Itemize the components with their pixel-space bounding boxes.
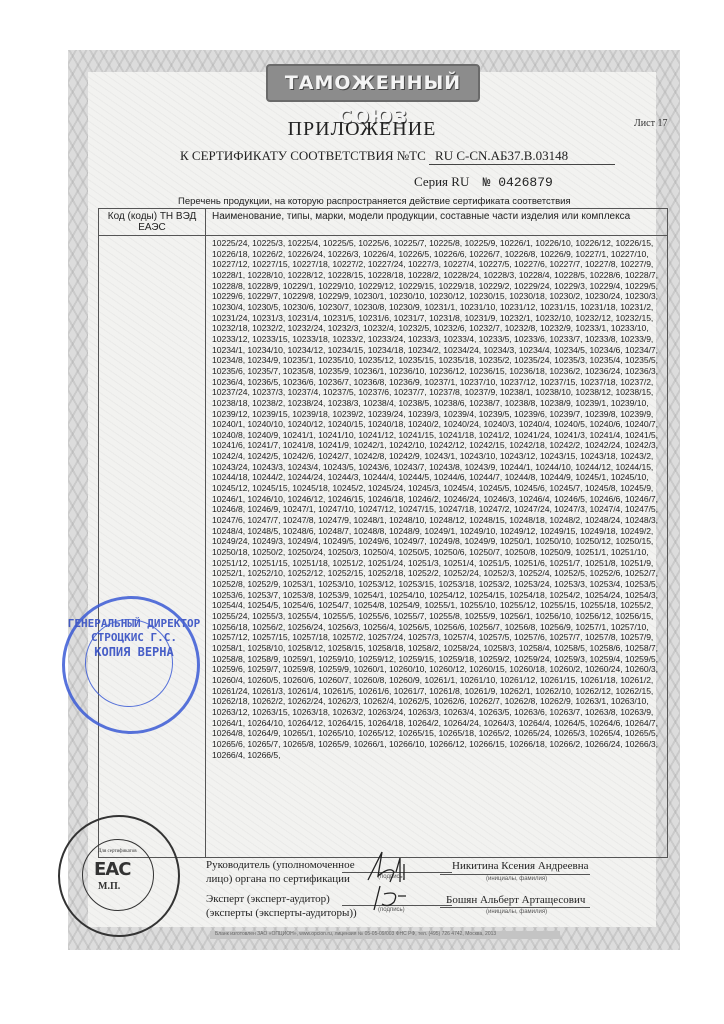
expert-label-line-2: (эксперты (эксперты-аудиторы)) [206, 906, 357, 920]
series-label: Серия RU [414, 174, 469, 189]
head-label-line-1: Руководитель (уполномоченное [206, 858, 355, 872]
table-row: 10225/24, 10225/3, 10225/4, 10225/5, 102… [99, 236, 668, 858]
certificate-number: RU C-CN.АБ37.В.03148 [429, 148, 615, 165]
head-label-line-2: лицо) органа по сертификации [206, 872, 355, 886]
stamp-director-line: ГЕНЕРАЛЬНЫЙ ДИРЕКТОР [59, 617, 209, 630]
printer-footer: Бланк изготовлен ЗАО «ОПЦИОН», www.opcio… [215, 931, 496, 937]
series-number: № 0426879 [483, 175, 553, 190]
company-stamp: ГЕНЕРАЛЬНЫЙ ДИРЕКТОР СТРОЦКИС Г.С. КОПИЯ… [62, 596, 200, 734]
certificate-label: К СЕРТИФИКАТУ СООТВЕТСТВИЯ №ТС [180, 148, 426, 163]
stamp-copy-line: КОПИЯ ВЕРНА [59, 645, 209, 659]
eac-mark: ЕАС [94, 859, 130, 880]
head-name-line [440, 874, 590, 875]
sheet-number: Лист 17 [634, 118, 667, 129]
handwritten-signatures [360, 846, 420, 916]
customs-union-banner: ТАМОЖЕННЫЙ СОЮЗ [266, 64, 480, 102]
certificate-line: К СЕРТИФИКАТУ СООТВЕТСТВИЯ №ТС RU C-CN.А… [180, 148, 615, 165]
expert-label: Эксперт (эксперт-аудитор) (эксперты (экс… [206, 892, 357, 920]
head-label: Руководитель (уполномоченное лицо) орган… [206, 858, 355, 886]
header-code: Код (коды) ТН ВЭД ЕАЭС [99, 209, 206, 236]
stamp-small-text: Для сертификатов [98, 849, 137, 854]
expert-name-caption: (инициалы, фамилия) [486, 909, 547, 915]
seal-place-label: М.П. [98, 881, 120, 892]
expert-label-line-1: Эксперт (эксперт-аудитор) [206, 892, 357, 906]
expert-name: Бошян Альберт Артащесович [446, 894, 585, 906]
stamp-name-line: СТРОЦКИС Г.С. [59, 631, 209, 644]
expert-name-line [440, 907, 590, 908]
head-name-caption: (инициалы, фамилия) [486, 876, 547, 882]
table-header-row: Код (коды) ТН ВЭД ЕАЭС Наименование, тип… [99, 209, 668, 236]
head-name: Никитина Ксения Андреевна [452, 860, 588, 872]
certification-body-stamp: Для сертификатов ЕАС М.П. [58, 815, 180, 937]
product-list-caption: Перечень продукции, на которую распростр… [178, 196, 571, 207]
code-cell [99, 236, 206, 858]
product-table: Код (коды) ТН ВЭД ЕАЭС Наименование, тип… [98, 208, 668, 858]
product-models-cell: 10225/24, 10225/3, 10225/4, 10225/5, 102… [206, 236, 668, 858]
header-name: Наименование, типы, марки, модели продук… [206, 209, 668, 236]
series-line: Серия RU № 0426879 [414, 174, 553, 190]
document-title: ПРИЛОЖЕНИЕ [0, 118, 724, 141]
